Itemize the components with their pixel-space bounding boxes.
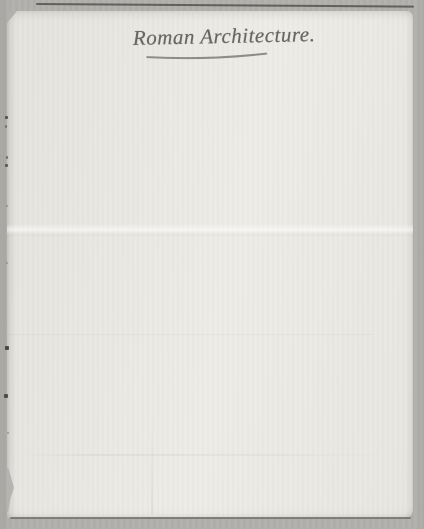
page-crease-horizontal-mid [7,334,373,335]
corner-cut-top-left [7,11,17,23]
ink-speck [7,432,9,434]
scan-background: Roman Architecture. [0,0,424,529]
ink-speck [5,116,8,119]
title-underline [145,51,269,63]
page-crease-horizontal-lower [19,454,387,456]
ink-speck [5,125,7,128]
ink-speck [6,205,8,207]
ink-speck [4,394,8,398]
handwritten-title-text: Roman Architecture. [133,22,316,50]
page-crease-horizontal [7,224,413,237]
ink-speck [6,262,8,264]
ink-speck [5,346,9,350]
photo-top-edge-line [36,3,414,8]
ink-speck [5,164,8,167]
page-crease-vertical [151,419,153,514]
ink-speck [6,156,8,159]
notebook-page: Roman Architecture. [7,11,413,518]
torn-edge-notch [6,468,14,512]
paper-bottom-edge-line [10,517,411,519]
handwritten-title: Roman Architecture. [133,22,316,66]
paper-texture [7,11,413,518]
